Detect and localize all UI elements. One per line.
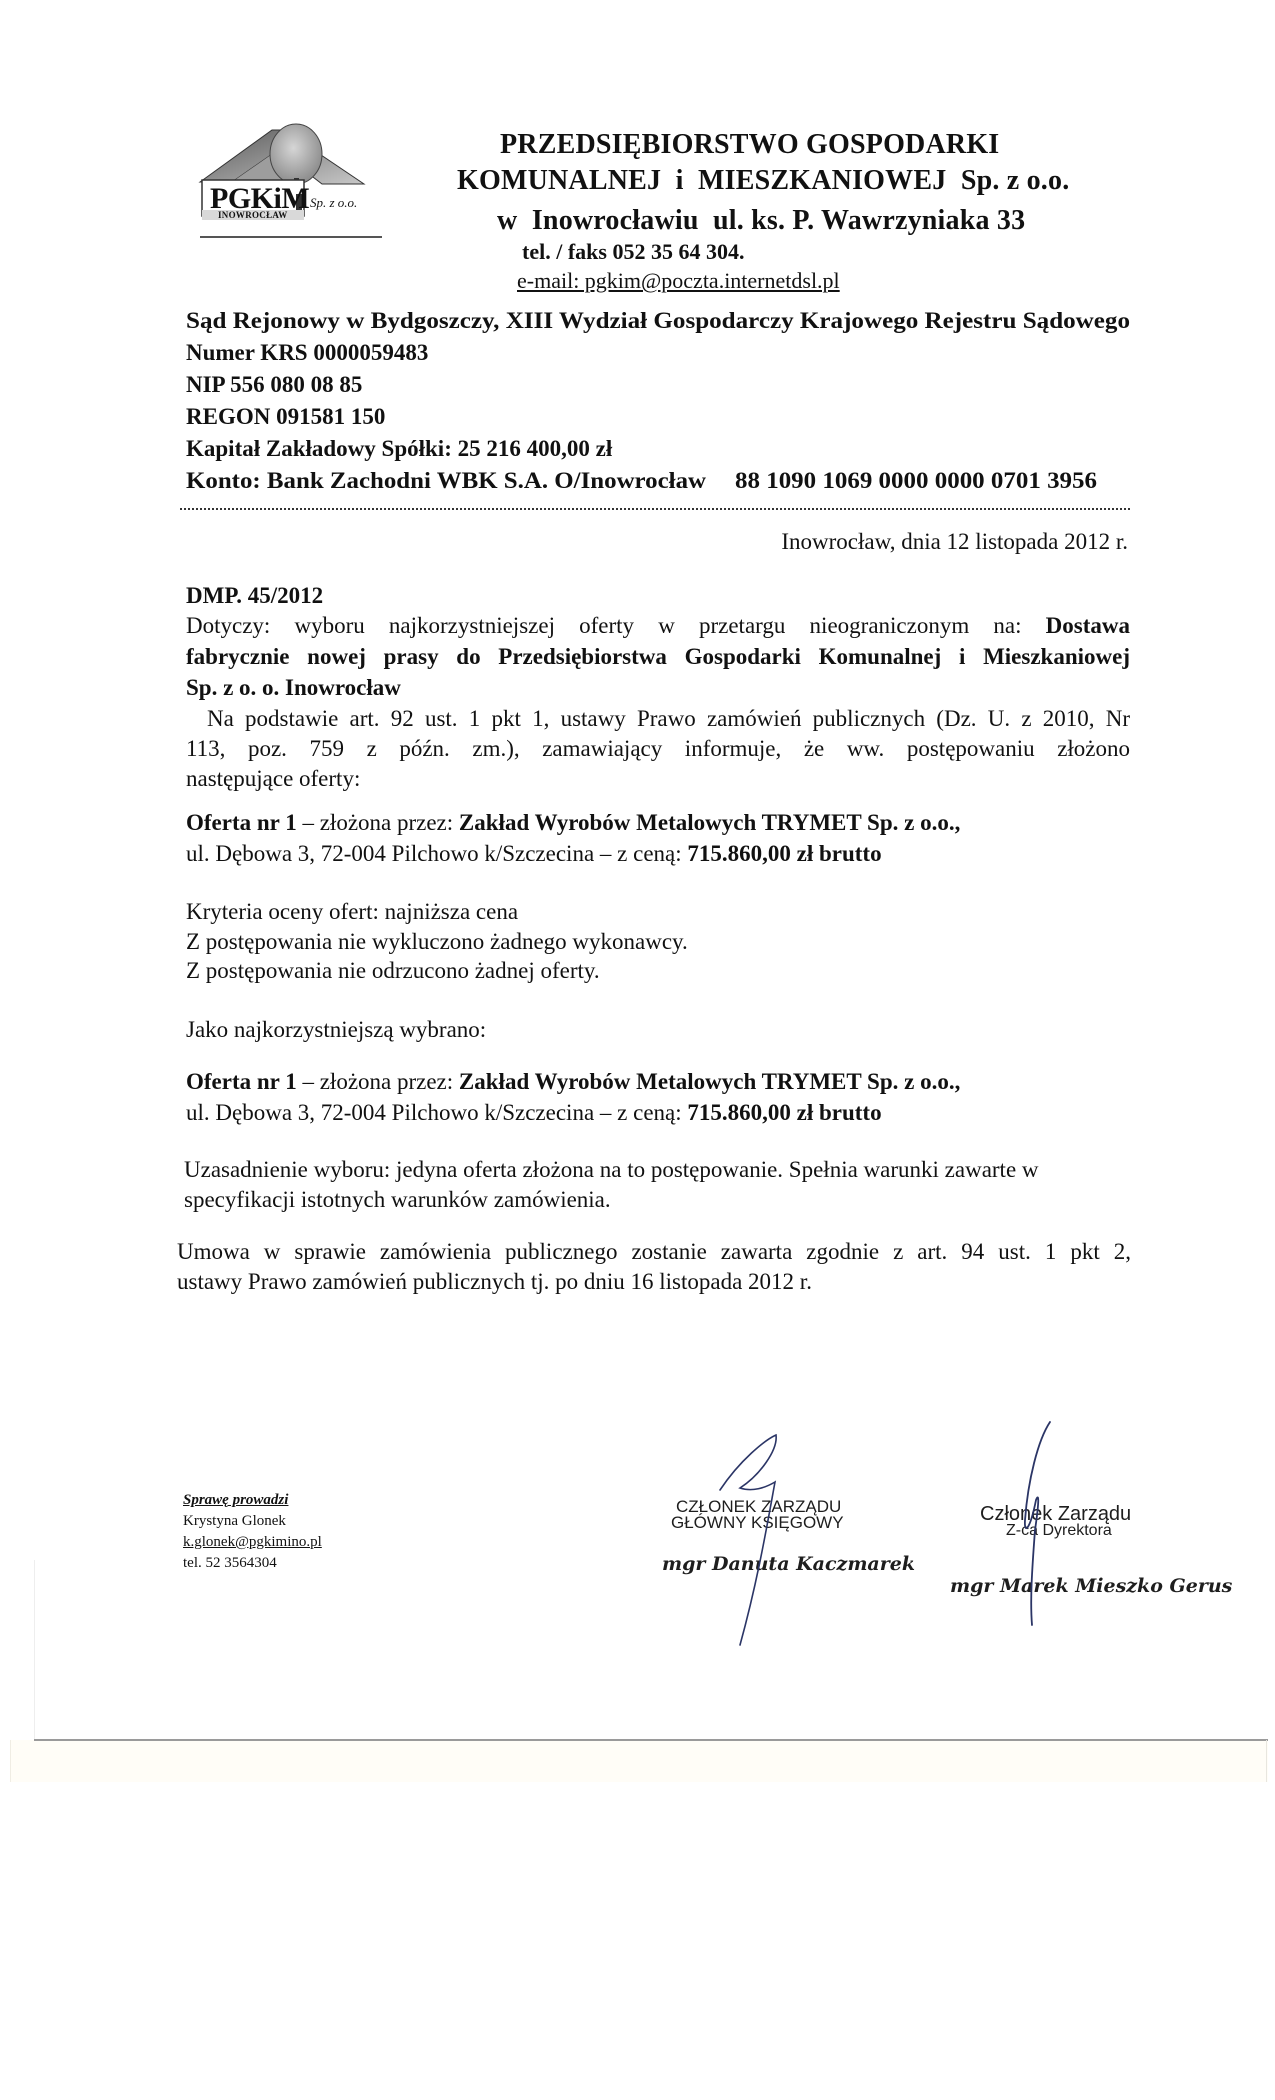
subject-line2: fabrycznie nowej prasy do Przedsiębiorst… [186, 645, 1130, 676]
subject-bold-line3: Sp. z o. o. Inowrocław [186, 675, 401, 700]
criteria-block: Kryteria oceny ofert: najniższa cena Z p… [186, 900, 688, 989]
registry-account-number: 88 1090 1069 0000 0000 0701 3956 [735, 469, 1097, 492]
scan-edge-left [34, 1560, 35, 1740]
offer-company: Zakład Wyrobów Metalowych TRYMET Sp. z o… [459, 810, 960, 835]
offer-address: ul. Dębowa 3, 72-004 Pilchowo k/Szczecin… [186, 841, 687, 866]
registry-capital: Kapitał Zakładowy Spółki: 25 216 400,00 … [186, 437, 612, 460]
logo-city: INOWROCŁAW [218, 211, 288, 220]
document-date: Inowrocław, dnia 12 listopada 2012 r. [781, 530, 1128, 553]
company-name-line2: KOMUNALNEJ i MIESZKANIOWEJ Sp. z o.o. [457, 167, 1069, 195]
intro-block: Na podstawie art. 92 ust. 1 pkt 1, ustaw… [186, 707, 1130, 797]
contract-block: Umowa w sprawie zamówienia publicznego z… [177, 1240, 1131, 1300]
contact-heading: Sprawę prowadzi [183, 1490, 322, 1511]
scan-page-edge-band [10, 1740, 1268, 1782]
contact-email-link[interactable]: k.glonek@pgkimino.pl [183, 1532, 322, 1553]
registry-court: Sąd Rejonowy w Bydgoszczy, XIII Wydział … [186, 309, 1130, 332]
offer-label: Oferta nr 1 [186, 810, 297, 835]
handwritten-signature-icon [950, 1420, 1210, 1660]
offer-price: 715.860,00 zł brutto [687, 841, 881, 866]
scan-page-edge-line [34, 1739, 1268, 1741]
offer-by: – złożona przez: [297, 1069, 459, 1094]
subject-line1: Dotyczy: wyboru najkorzystniejszej ofert… [186, 614, 1130, 645]
separator-dotted-line [180, 508, 1130, 510]
registry-krs: Numer KRS 0000059483 [186, 341, 428, 364]
subject-block: Dotyczy: wyboru najkorzystniejszej ofert… [186, 614, 1130, 707]
contact-block: Sprawę prowadzi Krystyna Glonek k.glonek… [183, 1490, 322, 1574]
logo-underline [200, 236, 382, 238]
offer-submitted-line1: Oferta nr 1 – złożona przez: Zakład Wyro… [186, 811, 960, 842]
offer-submitted-line2: ul. Dębowa 3, 72-004 Pilchowo k/Szczecin… [186, 842, 960, 873]
criteria-line: Kryteria oceny ofert: najniższa cena [186, 900, 688, 930]
company-email-link[interactable]: e-mail: pgkim@poczta.internetdsl.pl [517, 270, 840, 292]
criteria-line: Z postępowania nie odrzucono żadnej ofer… [186, 959, 688, 989]
contract-line1: Umowa w sprawie zamówienia publicznego z… [177, 1240, 1131, 1270]
justification-block: Uzasadnienie wyboru: jedyna oferta złożo… [184, 1158, 1039, 1218]
handwritten-signature-icon [640, 1420, 920, 1660]
intro-line3: następujące oferty: [186, 767, 1130, 797]
contract-line2: ustawy Prawo zamówień publicznych tj. po… [177, 1270, 1131, 1300]
document-reference: DMP. 45/2012 [186, 584, 323, 607]
company-logo: PGKiM Sp. z o.o. INOWROCŁAW [192, 112, 392, 242]
offer-submitted: Oferta nr 1 – złożona przez: Zakład Wyro… [186, 811, 960, 873]
registry-nip: NIP 556 080 08 85 [186, 373, 362, 396]
company-address: w Inowrocławiu ul. ks. P. Wawrzyniaka 33 [497, 207, 1025, 235]
offer-price: 715.860,00 zł brutto [687, 1100, 881, 1125]
offer-by: – złożona przez: [297, 810, 459, 835]
justification-line1: Uzasadnienie wyboru: jedyna oferta złożo… [184, 1158, 1039, 1188]
intro-line2: 113, poz. 759 z późn. zm.), zamawiający … [186, 737, 1130, 767]
contact-phone: tel. 52 3564304 [183, 1553, 322, 1574]
contact-name: Krystyna Glonek [183, 1511, 322, 1532]
offer-selected-line1: Oferta nr 1 – złożona przez: Zakład Wyro… [186, 1070, 960, 1101]
offer-selected: Oferta nr 1 – złożona przez: Zakład Wyro… [186, 1070, 960, 1132]
offer-selected-line2: ul. Dębowa 3, 72-004 Pilchowo k/Szczecin… [186, 1101, 960, 1132]
registry-regon: REGON 091581 150 [186, 405, 385, 428]
criteria-line: Z postępowania nie wykluczono żadnego wy… [186, 930, 688, 960]
logo-suffix: Sp. z o.o. [310, 196, 357, 209]
intro-line1: Na podstawie art. 92 ust. 1 pkt 1, ustaw… [186, 707, 1130, 737]
offer-company: Zakład Wyrobów Metalowych TRYMET Sp. z o… [459, 1069, 960, 1094]
offer-label: Oferta nr 1 [186, 1069, 297, 1094]
signature-block-director: Członek Zarządu Z-ca Dyrektora mgr Marek… [950, 1420, 1210, 1660]
subject-text: Dotyczy: wyboru najkorzystniejszej ofert… [186, 613, 1022, 638]
signature-block-accountant: CZŁONEK ZARZĄDU GŁÓWNY KSIĘGOWY mgr Danu… [640, 1420, 920, 1660]
company-phone: tel. / faks 052 35 64 304. [522, 241, 744, 263]
subject-bold-start: Dostawa [1046, 613, 1130, 638]
company-name-line1: PRZEDSIĘBIORSTWO GOSPODARKI [500, 131, 999, 159]
offer-address: ul. Dębowa 3, 72-004 Pilchowo k/Szczecin… [186, 1100, 687, 1125]
selected-heading: Jako najkorzystniejszą wybrano: [186, 1018, 486, 1041]
registry-account-bank: Konto: Bank Zachodni WBK S.A. O/Inowrocł… [186, 469, 706, 492]
subject-line3: Sp. z o. o. Inowrocław [186, 676, 1130, 707]
scan-edge-right [1266, 1740, 1267, 1782]
subject-bold-line2: fabrycznie nowej prasy do Przedsiębiorst… [186, 644, 1130, 669]
justification-line2: specyfikacji istotnych warunków zamówien… [184, 1188, 1039, 1218]
pgkim-logo-roof-tree-icon [192, 112, 392, 242]
